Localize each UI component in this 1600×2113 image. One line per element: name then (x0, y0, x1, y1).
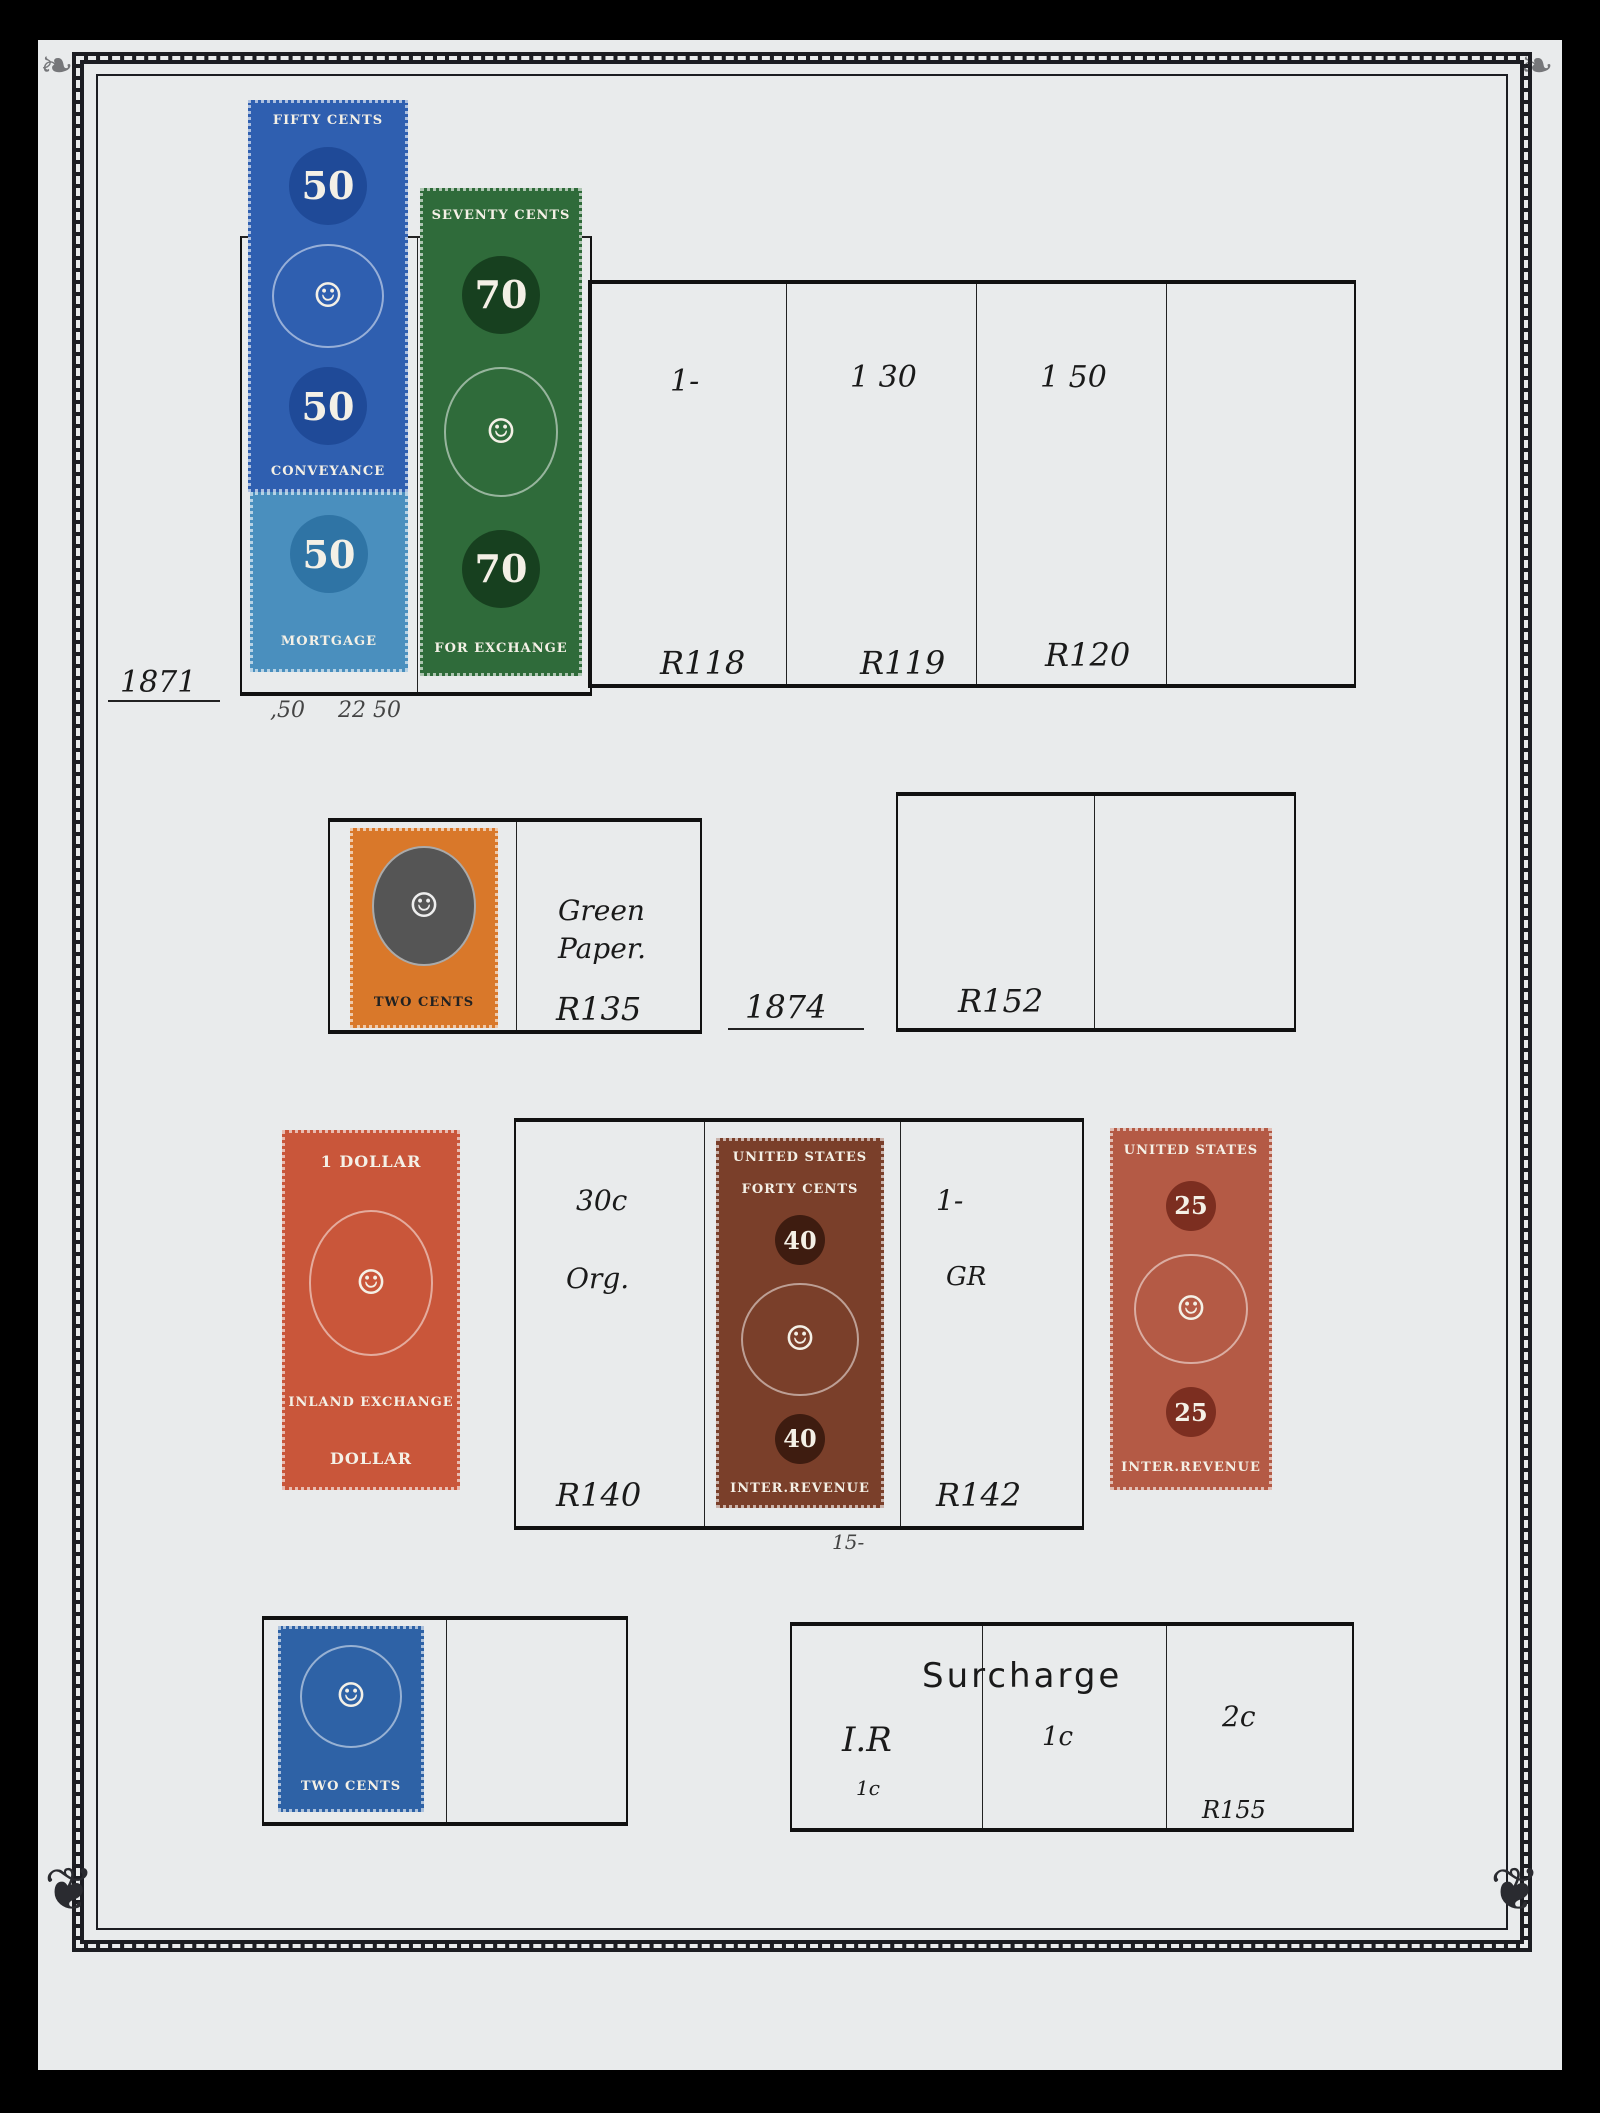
stamp-caption: FIFTY CENTS (273, 113, 383, 128)
stamp-caption: INLAND EXCHANGE (288, 1395, 453, 1410)
catalog-number: R135 (556, 990, 641, 1028)
stamp-value: 25 (1166, 1387, 1216, 1437)
stamp-value: 50 (290, 515, 368, 593)
corner-ornament-icon: ❧ (1520, 46, 1554, 86)
corner-ornament-icon: ❦ (1490, 1860, 1540, 1920)
price-label: 1 50 (1040, 360, 1107, 395)
stamp-value: 50 (289, 147, 367, 225)
note-text: 2c (1222, 1700, 1256, 1733)
stamp-caption: DOLLAR (330, 1449, 412, 1468)
washington-portrait-icon: ☺ (309, 1210, 433, 1356)
price-label: 1- (936, 1184, 963, 1217)
stamp-value: 70 (462, 530, 540, 608)
corner-ornament-icon: ❧ (40, 46, 74, 86)
stamp-caption: FORTY CENTS (742, 1182, 859, 1197)
catalog-number: R118 (660, 644, 745, 682)
stamp-value: 25 (1166, 1181, 1216, 1231)
stamp-slot-row-1: 1- 1 30 1 50 R118 R119 R120 (588, 280, 1356, 688)
washington-portrait-icon: ☺ (1134, 1254, 1247, 1365)
stamp-1-dollar-inland-exchange[interactable]: 1 DOLLAR ☺ INLAND EXCHANGE DOLLAR (282, 1130, 460, 1490)
surcharge-title: Surcharge (922, 1656, 1122, 1696)
price-label: 1- (670, 364, 699, 399)
stamp-caption: DOLLAR (339, 1152, 421, 1171)
catalog-number: R152 (958, 982, 1043, 1020)
price-note: 22 50 (338, 698, 401, 723)
stamp-caption: FOR EXCHANGE (434, 641, 567, 656)
surcharge-box: Surcharge I.R 1c 1c 2c R155 (790, 1622, 1354, 1832)
washington-portrait-icon: ☺ (272, 244, 384, 348)
catalog-number: R119 (860, 644, 945, 682)
stamp-value: 70 (462, 256, 540, 334)
washington-portrait-icon: ☺ (444, 367, 557, 496)
catalog-number: R142 (936, 1476, 1021, 1514)
price-label: 30c (576, 1184, 627, 1217)
note-text: GR (946, 1262, 986, 1292)
year-label: 1871 (120, 665, 196, 700)
stamp-caption: INTER.REVENUE (730, 1481, 870, 1496)
catalog-number: R120 (1045, 636, 1130, 674)
stamp-value: 1 (321, 1152, 333, 1171)
stamp-2c-two-cents[interactable]: ☺ TWO CENTS (350, 828, 498, 1028)
note-text: Green (558, 894, 645, 927)
stamp-caption: MORTGAGE (281, 634, 377, 649)
stamp-caption: UNITED STATES (733, 1150, 867, 1165)
catalog-number: R140 (556, 1476, 641, 1514)
liberty-portrait-icon: ☺ (300, 1645, 402, 1748)
stamp-slot-row-2-right: R152 (896, 792, 1296, 1032)
year-underline (108, 700, 220, 702)
note-text: Paper. (558, 932, 646, 965)
price-note: ,50 (270, 698, 305, 723)
note-text: I.R (842, 1720, 892, 1760)
year-underline (728, 1028, 864, 1030)
stamp-value: 40 (775, 1215, 825, 1265)
stamp-70c-foreign-exchange[interactable]: SEVENTY CENTS 70 ☺ 70 FOR EXCHANGE (420, 188, 582, 676)
stamp-40c-inland-exchange[interactable]: UNITED STATES FORTY CENTS 40 ☺ 40 INTER.… (716, 1138, 884, 1508)
stamp-50c-conveyance[interactable]: FIFTY CENTS 50 ☺ 50 CONVEYANCE (248, 100, 408, 492)
corner-ornament-icon: ❦ (44, 1860, 94, 1920)
catalog-number: R155 (1202, 1796, 1266, 1824)
washington-portrait-icon: ☺ (741, 1283, 858, 1396)
price-label: 1 30 (850, 360, 917, 395)
note-text: 1c (1042, 1722, 1073, 1752)
note-text: Org. (566, 1262, 629, 1295)
note-text: 1c (856, 1776, 880, 1800)
stamp-caption: UNITED STATES (1124, 1143, 1258, 1158)
year-label: 1874 (745, 988, 826, 1026)
stamp-value: 40 (775, 1414, 825, 1464)
washington-portrait-icon: ☺ (372, 846, 475, 966)
stamp-25c-inter-revenue[interactable]: UNITED STATES 25 ☺ 25 INTER.REVENUE (1110, 1128, 1272, 1490)
stamp-50c-mortgage[interactable]: 50 MORTGAGE (250, 492, 408, 672)
stamp-2c-blue[interactable]: ☺ TWO CENTS (278, 1626, 424, 1812)
price-note: 15- (832, 1530, 864, 1554)
stamp-caption: INTER.REVENUE (1121, 1460, 1261, 1475)
stamp-caption: TWO CENTS (301, 1779, 401, 1794)
stamp-caption: SEVENTY CENTS (432, 208, 571, 223)
stamp-caption: TWO CENTS (374, 995, 474, 1010)
stamp-value: 50 (289, 367, 367, 445)
stamp-caption: CONVEYANCE (271, 464, 385, 479)
